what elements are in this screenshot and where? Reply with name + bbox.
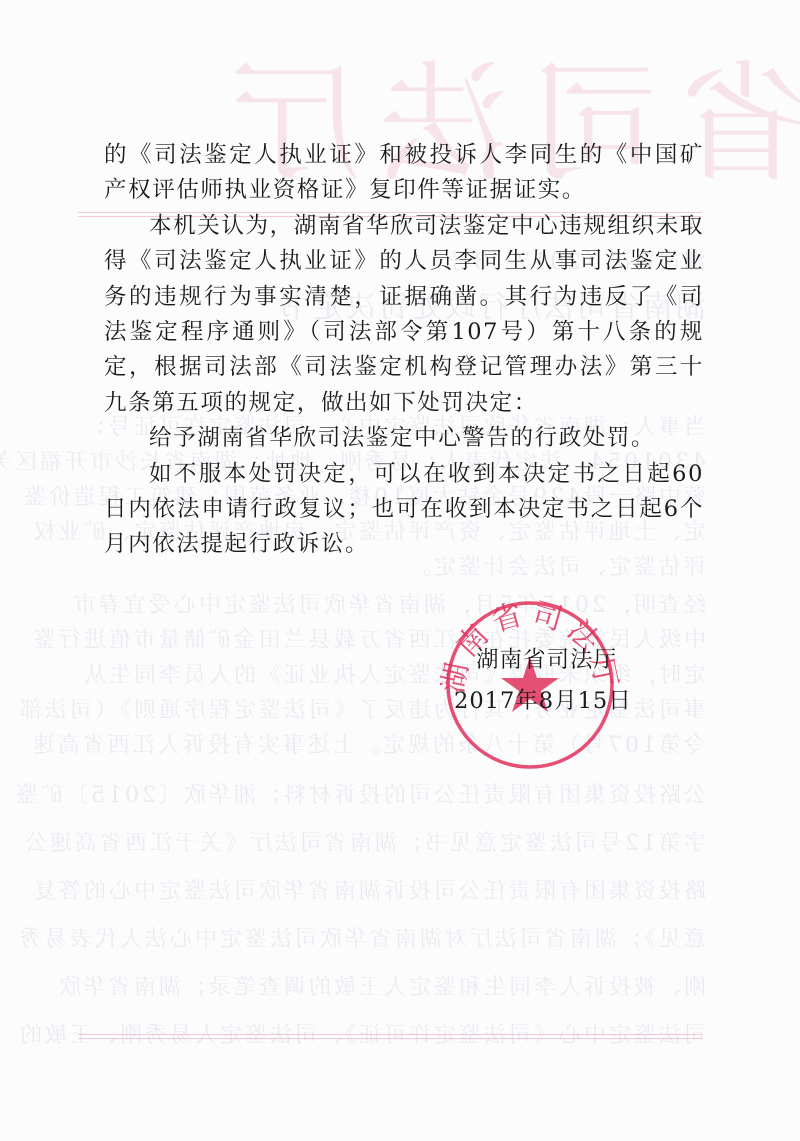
paragraph-finding: 本机关认为，湖南省华欣司法鉴定中心违规组织未取得《司法鉴定人执业证》的人员李同生… [104,209,704,421]
document-body: 的《司法鉴定人执业证》和被投诉人李同生的《中国矿产权评估师执业资格证》复印件等证… [104,138,704,563]
paragraph-evidence: 的《司法鉴定人执业证》和被投诉人李同生的《中国矿产权评估师执业资格证》复印件等证… [104,138,704,209]
document-page: 湖南省司法厅 湘司罚决〔2017〕3号 湖南省司法厅行政处罚决定书 当事人：湖南… [0,0,800,1141]
paragraph-penalty: 给予湖南省华欣司法鉴定中心警告的行政处罚。 [104,421,704,456]
bleed-through-line: 意见》；湖南省司法厅对湖南省华欣司法鉴定中心法人代表易秀 [96,922,706,957]
bleed-through-rule-bottom [78,1034,702,1039]
signature-date: 2017年8月15日 [454,683,632,715]
bleed-through-line: 司法鉴定中心《司法鉴定许可证》、司法鉴定人易秀刚、王敏的 [96,1018,706,1053]
paragraph-appeal-rights: 如不服本处罚决定，可以在收到本决定书之日起60日内依法申请行政复议；也可在收到本… [104,457,704,563]
bleed-through-line: 字第12号司法鉴定意见书；湖南省司法厅《关于江西省高速公 [96,826,706,861]
bleed-through-line: 刚、被投诉人李同生和鉴定人王敏的调查笔录；湖南省华欣 [96,970,706,1005]
signature-organization: 湖南省司法厅 [476,642,617,674]
bleed-through-line: 令第107号）第十八条的规定。上述事实有投诉人江西省高速 [96,728,706,763]
bleed-through-line: 路投资集团有限责任公司投诉湖南省华欣司法鉴定中心的答复 [96,874,706,909]
bleed-through-line: 公路投资集团有限责任公司的投诉材料；湘华欣〔2015〕矿鉴 [96,778,706,813]
bleed-through-line: 经查明，2015年5月，湖南省华欣司法鉴定中心受宜春市 [96,588,706,623]
